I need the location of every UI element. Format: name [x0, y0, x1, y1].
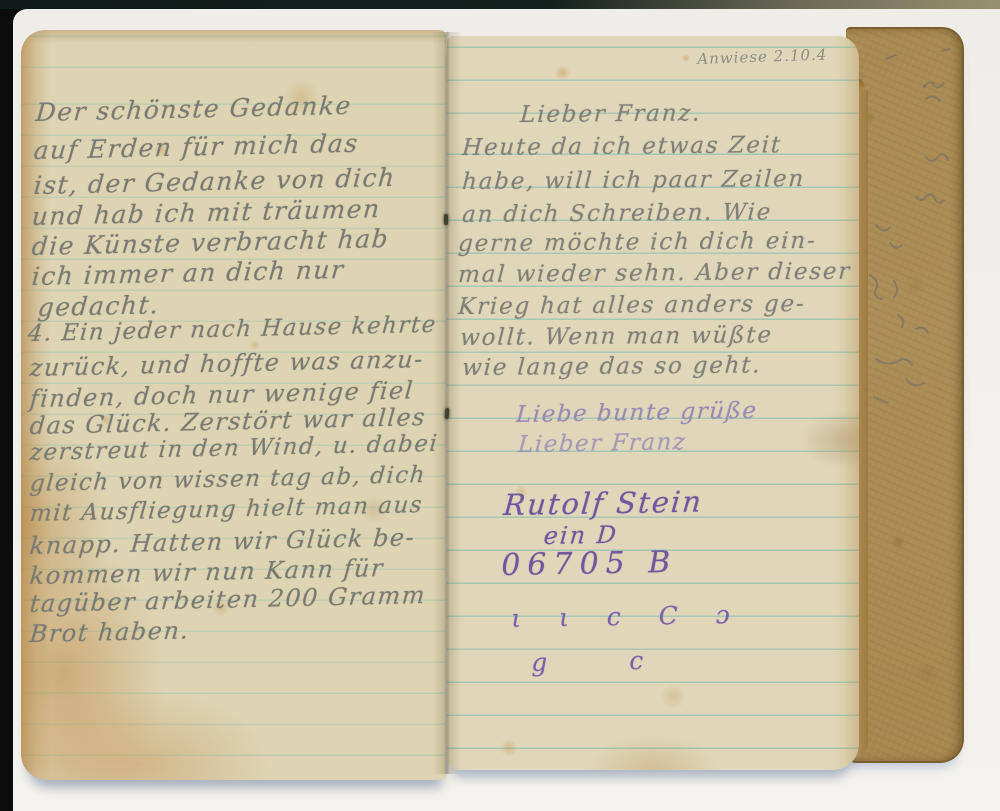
handwritten-line: mit Ausfliegung hielt man aus [29, 492, 424, 527]
handwritten-line: mal wieder sehn. Aber dieser [457, 259, 851, 288]
scanned-notebook-photo: { "scan": { "background_color": "#f1efe9… [0, 0, 1000, 811]
signature-name: Rutolf Stein [502, 485, 704, 523]
handwritten-line: Brot haben. [29, 616, 191, 648]
left-page: Der schönste Gedanke auf Erden für mich … [21, 30, 446, 780]
handwritten-line: an dich Schreiben. Wie [461, 199, 772, 228]
prisoner-number: 06705 B [501, 545, 678, 583]
staple [444, 214, 448, 225]
handwritten-line: habe, will ich paar Zeilen [461, 166, 805, 195]
pen-test-doodles: ι ι c C ɔ [511, 600, 732, 633]
handwritten-greeting: Lieber Franz [517, 429, 687, 458]
pen-test-doodles: g c [531, 646, 645, 677]
handwritten-date: Anwiese 2.10.4 [697, 45, 828, 68]
handwritten-line: gerne möchte ich dich ein- [457, 228, 817, 257]
handwritten-line: gleich von wissen tag ab, dich [29, 462, 427, 497]
handwritten-line: ich immer an dich nur [31, 255, 346, 291]
handwritten-line: Heute da ich etwas Zeit [461, 132, 782, 161]
handwritten-greeting: Liebe bunte grüße [515, 398, 758, 428]
handwritten-line: wie lange das so geht. [461, 352, 762, 381]
scanner-edge-strip [0, 0, 1000, 9]
handwritten-line: auf Erden für mich das [33, 129, 360, 165]
handwritten-line: Der schönste Gedanke [35, 91, 353, 127]
right-page: Anwiese 2.10.4 Lieber Franz. Heute da ic… [447, 36, 859, 770]
handwritten-line: Lieber Franz. [519, 100, 702, 128]
handwritten-line: Krieg hat alles anders ge- [457, 291, 806, 320]
staple [445, 408, 450, 419]
binding-gutter [432, 32, 462, 774]
handwritten-line: wollt. Wenn man wüßte [459, 322, 773, 351]
handwritten-line: gedacht. [37, 290, 161, 322]
